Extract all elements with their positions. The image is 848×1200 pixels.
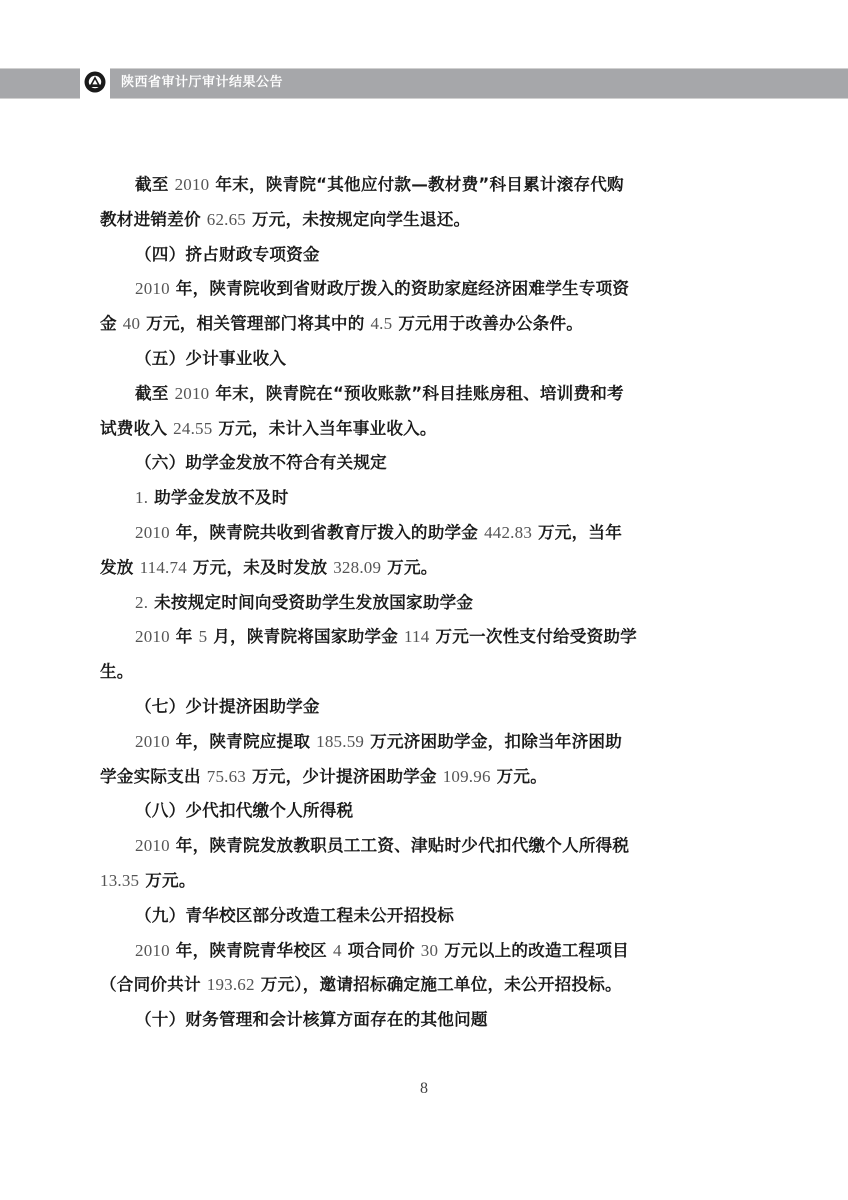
number: 13.35 [100, 871, 139, 890]
number: 40 [123, 314, 140, 333]
page-number: 8 [0, 1080, 848, 1098]
section-heading: （九）青华校区部分改造工程未公开招投标 [100, 899, 670, 934]
text: 年，陕青院共收到省教育厅拨入的助学金 [176, 523, 478, 542]
paragraph-line: 2010 年 5 月，陕青院将国家助学金 114 万元一次性支付给受资助学 [100, 620, 670, 655]
number: 328.09 [333, 558, 381, 577]
text: 年，陕青院收到省财政厅拨入的资助家庭经济困难学生专项资 [176, 279, 629, 298]
text: 生。 [100, 662, 134, 681]
section-heading: （五）少计事业收入 [100, 342, 670, 377]
number: 4.5 [370, 314, 392, 333]
sub-heading: 2. 未按规定时间向受资助学生发放国家助学金 [100, 586, 670, 621]
text: 万元一次性支付给受资助学 [435, 627, 637, 646]
text: 万元用于改善办公条件。 [398, 314, 583, 333]
text: 万元），邀请招标确定施工单位，未公开招投标。 [261, 975, 622, 994]
number: 2010 [135, 732, 170, 751]
paragraph-line: 2010 年，陕青院应提取 185.59 万元济困助学金，扣除当年济困助 [100, 725, 670, 760]
text: 万元。 [145, 871, 195, 890]
section-heading: （八）少代扣代缴个人所得税 [100, 794, 670, 829]
text: 年末，陕青院“其他应付款—教材费”科目累计滚存代购 [215, 175, 623, 194]
number: 5 [199, 627, 208, 646]
paragraph-line: 生。 [100, 655, 670, 690]
text: 年，陕青院发放教职员工工资、津贴时少代扣代缴个人所得税 [176, 836, 629, 855]
text: 助学金发放不及时 [154, 488, 288, 507]
number: 62.65 [207, 210, 246, 229]
text: 万元，未按规定向学生退还。 [252, 210, 470, 229]
text: 年，陕青院青华校区 [176, 941, 327, 960]
number: 442.83 [484, 523, 532, 542]
section-heading: （四）挤占财政专项资金 [100, 238, 670, 273]
text: （合同价共计 [100, 975, 201, 994]
number: 30 [421, 941, 438, 960]
number: 75.63 [207, 767, 246, 786]
list-number: 1. [135, 488, 148, 507]
number: 114.74 [140, 558, 187, 577]
number: 4 [333, 941, 342, 960]
paragraph-line: 2010 年，陕青院收到省财政厅拨入的资助家庭经济困难学生专项资 [100, 272, 670, 307]
number: 24.55 [173, 419, 212, 438]
audit-emblem-icon [84, 71, 106, 93]
number: 185.59 [316, 732, 364, 751]
text: 万元。 [497, 767, 547, 786]
text: 万元，当年 [538, 523, 622, 542]
list-number: 2. [135, 593, 148, 612]
document-body: 截至 2010 年末，陕青院“其他应付款—教材费”科目累计滚存代购 教材进销差价… [100, 168, 670, 1038]
paragraph-line: （合同价共计 193.62 万元），邀请招标确定施工单位，未公开招投标。 [100, 968, 670, 1003]
text: 试费收入 [100, 419, 167, 438]
section-heading: （十）财务管理和会计核算方面存在的其他问题 [100, 1003, 670, 1038]
paragraph-line: 2010 年，陕青院共收到省教育厅拨入的助学金 442.83 万元，当年 [100, 516, 670, 551]
text: 未按规定时间向受资助学生发放国家助学金 [154, 593, 473, 612]
text: 年末，陕青院在“预收账款”科目挂账房租、培训费和考 [215, 384, 623, 403]
paragraph-line: 13.35 万元。 [100, 864, 670, 899]
number: 193.62 [207, 975, 255, 994]
text: 截至 [135, 384, 169, 403]
text: 学金实际支出 [100, 767, 201, 786]
text: 万元，少计提济困助学金 [252, 767, 437, 786]
text: 月，陕青院将国家助学金 [213, 627, 398, 646]
text: 万元济困助学金，扣除当年济困助 [370, 732, 622, 751]
text: 万元以上的改造工程项目 [444, 941, 629, 960]
paragraph-line: 截至 2010 年末，陕青院在“预收账款”科目挂账房租、培训费和考 [100, 377, 670, 412]
text: 金 [100, 314, 117, 333]
number: 109.96 [443, 767, 491, 786]
text: 截至 [135, 175, 169, 194]
number: 2010 [135, 279, 170, 298]
sub-heading: 1. 助学金发放不及时 [100, 481, 670, 516]
section-heading: （六）助学金发放不符合有关规定 [100, 446, 670, 481]
number: 2010 [135, 523, 170, 542]
number: 2010 [135, 836, 170, 855]
number: 2010 [175, 384, 210, 403]
paragraph-line: 2010 年，陕青院发放教职员工工资、津贴时少代扣代缴个人所得税 [100, 829, 670, 864]
number: 2010 [135, 941, 170, 960]
header-title: 陕西省审计厅审计结果公告 [121, 72, 283, 94]
text: 年 [176, 627, 193, 646]
paragraph-line: 教材进销差价 62.65 万元，未按规定向学生退还。 [100, 203, 670, 238]
text: 教材进销差价 [100, 210, 201, 229]
text: 年，陕青院应提取 [176, 732, 310, 751]
section-heading: （七）少计提济困助学金 [100, 690, 670, 725]
number: 2010 [175, 175, 210, 194]
text: 项合同价 [348, 941, 415, 960]
text: 万元，未计入当年事业收入。 [218, 419, 436, 438]
paragraph-line: 试费收入 24.55 万元，未计入当年事业收入。 [100, 412, 670, 447]
paragraph-line: 2010 年，陕青院青华校区 4 项合同价 30 万元以上的改造工程项目 [100, 934, 670, 969]
text: 发放 [100, 558, 134, 577]
number: 114 [404, 627, 429, 646]
text: 万元，相关管理部门将其中的 [146, 314, 364, 333]
paragraph-line: 学金实际支出 75.63 万元，少计提济困助学金 109.96 万元。 [100, 760, 670, 795]
paragraph-line: 截至 2010 年末，陕青院“其他应付款—教材费”科目累计滚存代购 [100, 168, 670, 203]
text: 万元。 [387, 558, 437, 577]
paragraph-line: 发放 114.74 万元，未及时发放 328.09 万元。 [100, 551, 670, 586]
text: 万元，未及时发放 [193, 558, 327, 577]
paragraph-line: 金 40 万元，相关管理部门将其中的 4.5 万元用于改善办公条件。 [100, 307, 670, 342]
number: 2010 [135, 627, 170, 646]
